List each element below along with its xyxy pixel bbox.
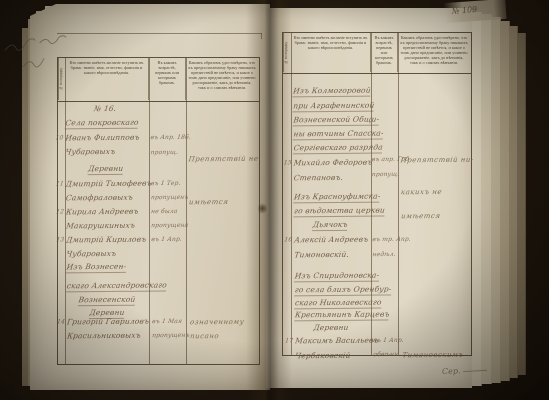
- handwritten-line: Сергіевскаго разряда: [293, 143, 384, 155]
- handwritten-line: 16Алексій Андреевъ: [294, 235, 369, 245]
- handwritten-line: 11Дмитрій Тимофеевъ: [65, 179, 152, 189]
- handwritten-line: Макарушкиныхъ: [66, 221, 136, 231]
- handwritten-line: въ 1 Апр.: [151, 236, 183, 243]
- entry-number: 16: [284, 236, 293, 243]
- handwritten-line: при Аграфенинской: [292, 101, 375, 113]
- ink-stain: [258, 202, 267, 215]
- handwritten-line: Чубаровыхъ: [65, 147, 116, 156]
- handwritten-line: скаго Николаевскаго: [294, 298, 382, 310]
- handwritten-line: въ 1 Апр.: [373, 337, 405, 344]
- handwritten-line: 12Кирила Андреевъ: [66, 207, 140, 217]
- handwritten-line: Изъ Вознесен-: [66, 262, 127, 274]
- handwritten-line: Изъ Спиридоновска-: [294, 271, 380, 283]
- handwritten-line: Деревни: [313, 323, 349, 332]
- header-order-col: № по порядку.: [283, 33, 291, 72]
- handwritten-line: Самофраловыхъ: [65, 193, 133, 203]
- handwritten-line: Деревни: [88, 164, 124, 175]
- handwritten-line: 14Григорій Гавриловъ: [66, 317, 149, 327]
- entry-number: 12: [56, 208, 65, 215]
- page-edge-strip: [517, 33, 526, 375]
- right-notes-column: Препятствій ни-какихъ неимѣетсяТимановск…: [399, 0, 468, 400]
- entry-number: 13: [56, 236, 65, 243]
- right-ages-column: въ апр. Годпропущ.въ тр. Апр.недѣл.въ 1 …: [370, 0, 396, 400]
- handwritten-line: означенному: [190, 318, 245, 326]
- handwritten-line: пропущена: [151, 222, 189, 229]
- handwritten-line: пропущенъ: [151, 194, 189, 201]
- entry-number: 11: [55, 180, 64, 187]
- handwritten-line: Степановъ.: [293, 173, 343, 182]
- handwritten-line: Изъ Красноуфимска-: [293, 192, 381, 204]
- entry-number: 17: [285, 337, 294, 344]
- right-names-column: Изъ Колмогоровойпри АграфенинскойВознесе…: [292, 0, 367, 400]
- scanned-book-spread: № по порядку. Кто именно имѣетъ желаніе …: [0, 0, 549, 400]
- handwritten-line: 15Михайло Федоровъ: [293, 158, 373, 168]
- handwritten-line: пропущ.: [150, 149, 179, 156]
- handwritten-line: Красильниковыхъ: [67, 331, 142, 341]
- handwritten-line: Препятствій не: [188, 155, 259, 164]
- column-line: [291, 33, 292, 355]
- handwritten-line: Вознесенской Общи-: [293, 115, 380, 127]
- handwritten-line: въ Апр. 186.: [150, 134, 192, 141]
- entry-number: 10: [55, 134, 64, 141]
- handwritten-line: Тимановскимъ: [402, 351, 464, 360]
- handwritten-line: Чербаковскій: [295, 351, 351, 360]
- handwritten-line: 10Иванъ Филипповъ: [65, 133, 140, 143]
- left-notes-column: Препятствій неимѣетсяозначенномуписано: [187, 0, 257, 400]
- handwritten-line: № 16.: [94, 104, 117, 113]
- entry-number: 15: [283, 159, 292, 166]
- handwritten-line: Села покровскаго: [65, 118, 140, 130]
- handwritten-line: недѣл.: [372, 251, 396, 258]
- handwritten-line: Изъ Колмогоровой: [292, 86, 371, 98]
- handwritten-line: Чубаровыхъ: [66, 249, 117, 258]
- handwritten-line: Тимоновскій.: [294, 250, 350, 259]
- handwritten-line: въ 1 Мая: [152, 318, 183, 325]
- entry-number: 14: [57, 318, 66, 325]
- handwritten-line: пропущ.: [371, 171, 400, 178]
- column-line: [398, 33, 399, 355]
- handwritten-line: имѣется: [188, 198, 228, 206]
- handwritten-line: въ 1 Тер.: [150, 180, 181, 187]
- top-rule-tick: [261, 33, 262, 39]
- handwritten-line: обвѣнч.: [373, 351, 401, 358]
- left-ages-column: въ Апр. 186.пропущ.въ 1 Тер.пропущенъне …: [149, 0, 184, 400]
- handwritten-line: Дьячокъ: [312, 220, 348, 231]
- handwritten-line: не была: [151, 208, 178, 215]
- handwritten-line: Препятствій ни-: [400, 156, 474, 165]
- left-names-column: № 16.Села покровскаго10Иванъ ФилипповъЧу…: [64, 0, 147, 400]
- handwritten-line: писано: [190, 332, 220, 340]
- handwritten-line: Вознесенской: [78, 295, 136, 307]
- handwritten-line: 13Дмитрій Кириловъ: [66, 235, 147, 245]
- handwritten-line: пропущенъ: [152, 332, 190, 339]
- handwritten-line: какихъ не: [400, 188, 442, 196]
- column-line: [186, 58, 187, 364]
- handwritten-line: 17Максимъ Васильевъ: [295, 336, 380, 346]
- handwritten-line: имѣется: [401, 212, 441, 220]
